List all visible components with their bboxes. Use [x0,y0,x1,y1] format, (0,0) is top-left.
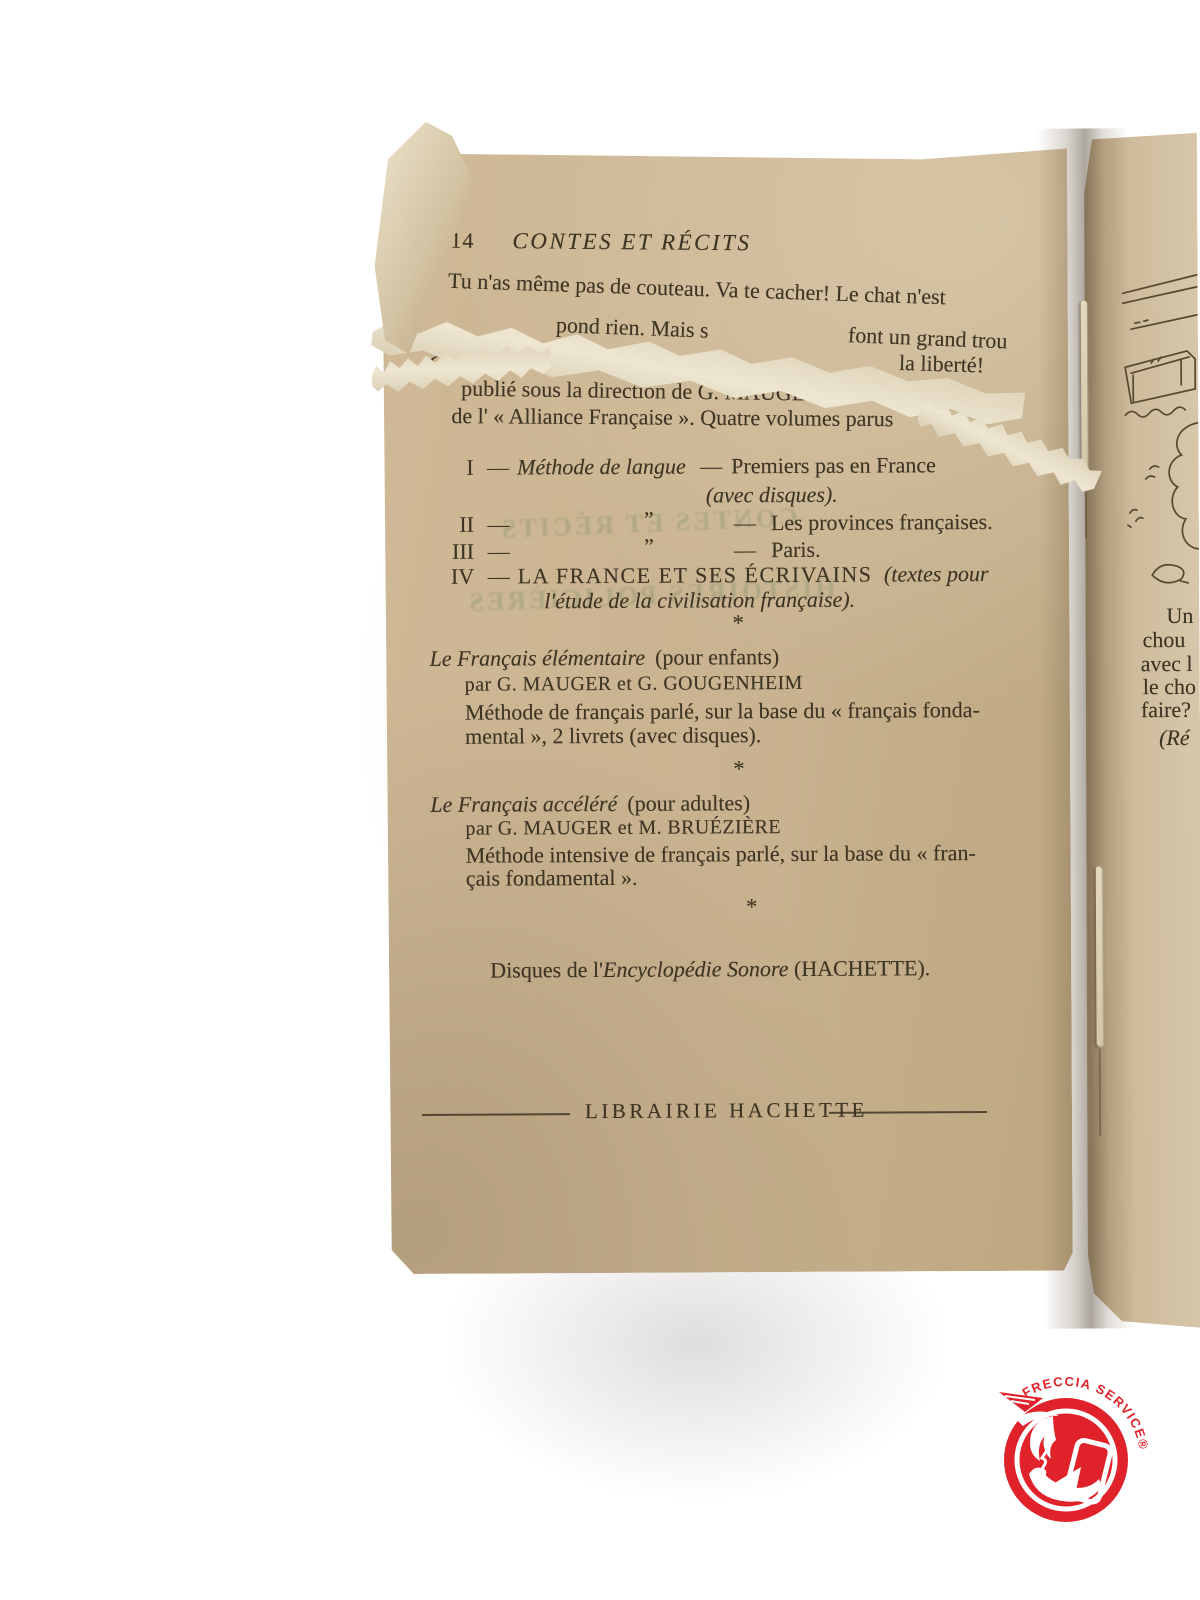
section-accelere: Le Français accéléré (pour adultes) [430,790,750,818]
section-authors: par G. MAUGER et M. BRUÉZIÈRE [465,816,781,841]
section-desc: mental », 2 livrets (avec disques). [465,722,761,750]
section-title: Le Français élémentaire [430,645,646,671]
volume-numeral: IV [426,564,474,590]
volume-title: Premiers pas en France [731,452,936,478]
volume-note: (avec disques). [706,482,838,509]
dash: — [488,563,510,588]
right-page-fragment: faire? [1141,697,1191,723]
story-fragment: la liberté! [899,350,985,379]
section-subtitle: (pour enfants) [655,644,779,670]
right-page-illustration [1121,263,1200,613]
volume-note: (textes pour [884,561,989,587]
section-title: Le Français accéléré [430,791,617,817]
volume-note-continued: l'étude de la civilisation française). [544,587,855,615]
footer-rule [422,1113,570,1116]
left-page: CONTES ET RÉCITS HISTOIRES POLICIÈRES 14… [382,149,1073,1275]
discs-title: Encyclopédie Sonore [603,956,789,982]
book-photo: Un chou avec l le cho faire? (Ré CONTES … [382,118,1200,1337]
dash: — [734,537,756,563]
ditto-mark: ” [644,534,654,560]
section-desc: çais fondamental ». [466,865,638,892]
separator-star: * [733,756,745,782]
dash: — [487,511,509,536]
section-authors: par G. MAUGER et G. GOUGENHEIM [465,672,803,697]
right-page-fragment: chou [1142,627,1185,653]
footer-publisher: LIBRAIRIE HACHETTE [585,1098,868,1124]
running-title: CONTES ET RÉCITS [512,228,751,255]
story-line: Tu n'as même pas de couteau. Va te cache… [448,268,946,310]
volume-numeral: II [426,512,474,538]
dash: — [700,453,722,478]
binding-thread [1096,866,1103,1046]
freccia-service-logo: FRECCIA SERVICE® [973,1366,1163,1556]
story-fragment: font un grand trou [848,322,1008,354]
discs-post: (HACHETTE). [788,955,930,981]
volume-row-4: IV —LA FRANCE ET SES ÉCRIVAINS (textes p… [426,561,988,590]
binding-thread [1081,300,1088,478]
ditto-mark: ” [644,507,654,533]
right-page-fragment: Un [1166,603,1193,629]
page-header: 14CONTES ET RÉCITS [450,228,751,257]
section-elementaire: Le Français élémentaire (pour enfants) [430,644,780,672]
volume-title: LA FRANCE ET SES ÉCRIVAINS [518,562,873,589]
volume-title: Les provinces françaises. [771,509,993,536]
volume-row-3: III — ” — Paris. [426,538,518,564]
dash: — [487,454,509,479]
volume-row-1: I —Méthode de langue —Premiers pas en Fr… [426,452,936,481]
dash: — [488,538,510,563]
separator-star: * [746,894,758,920]
volume-row-2: II — ” — Les provinces françaises. [426,511,518,537]
discs-pre: Disques de l' [490,957,603,983]
volume-numeral: III [426,539,474,565]
separator-star: * [732,610,744,636]
discs-line: Disques de l'Encyclopédie Sonore (HACHET… [490,955,930,983]
right-page-fragment: (Ré [1159,725,1190,751]
volume-title: Paris. [771,537,821,563]
volume-numeral: I [426,455,474,481]
volume-label: Méthode de langue [517,454,686,480]
dash: — [734,510,756,536]
section-subtitle: (pour adultes) [627,790,750,816]
